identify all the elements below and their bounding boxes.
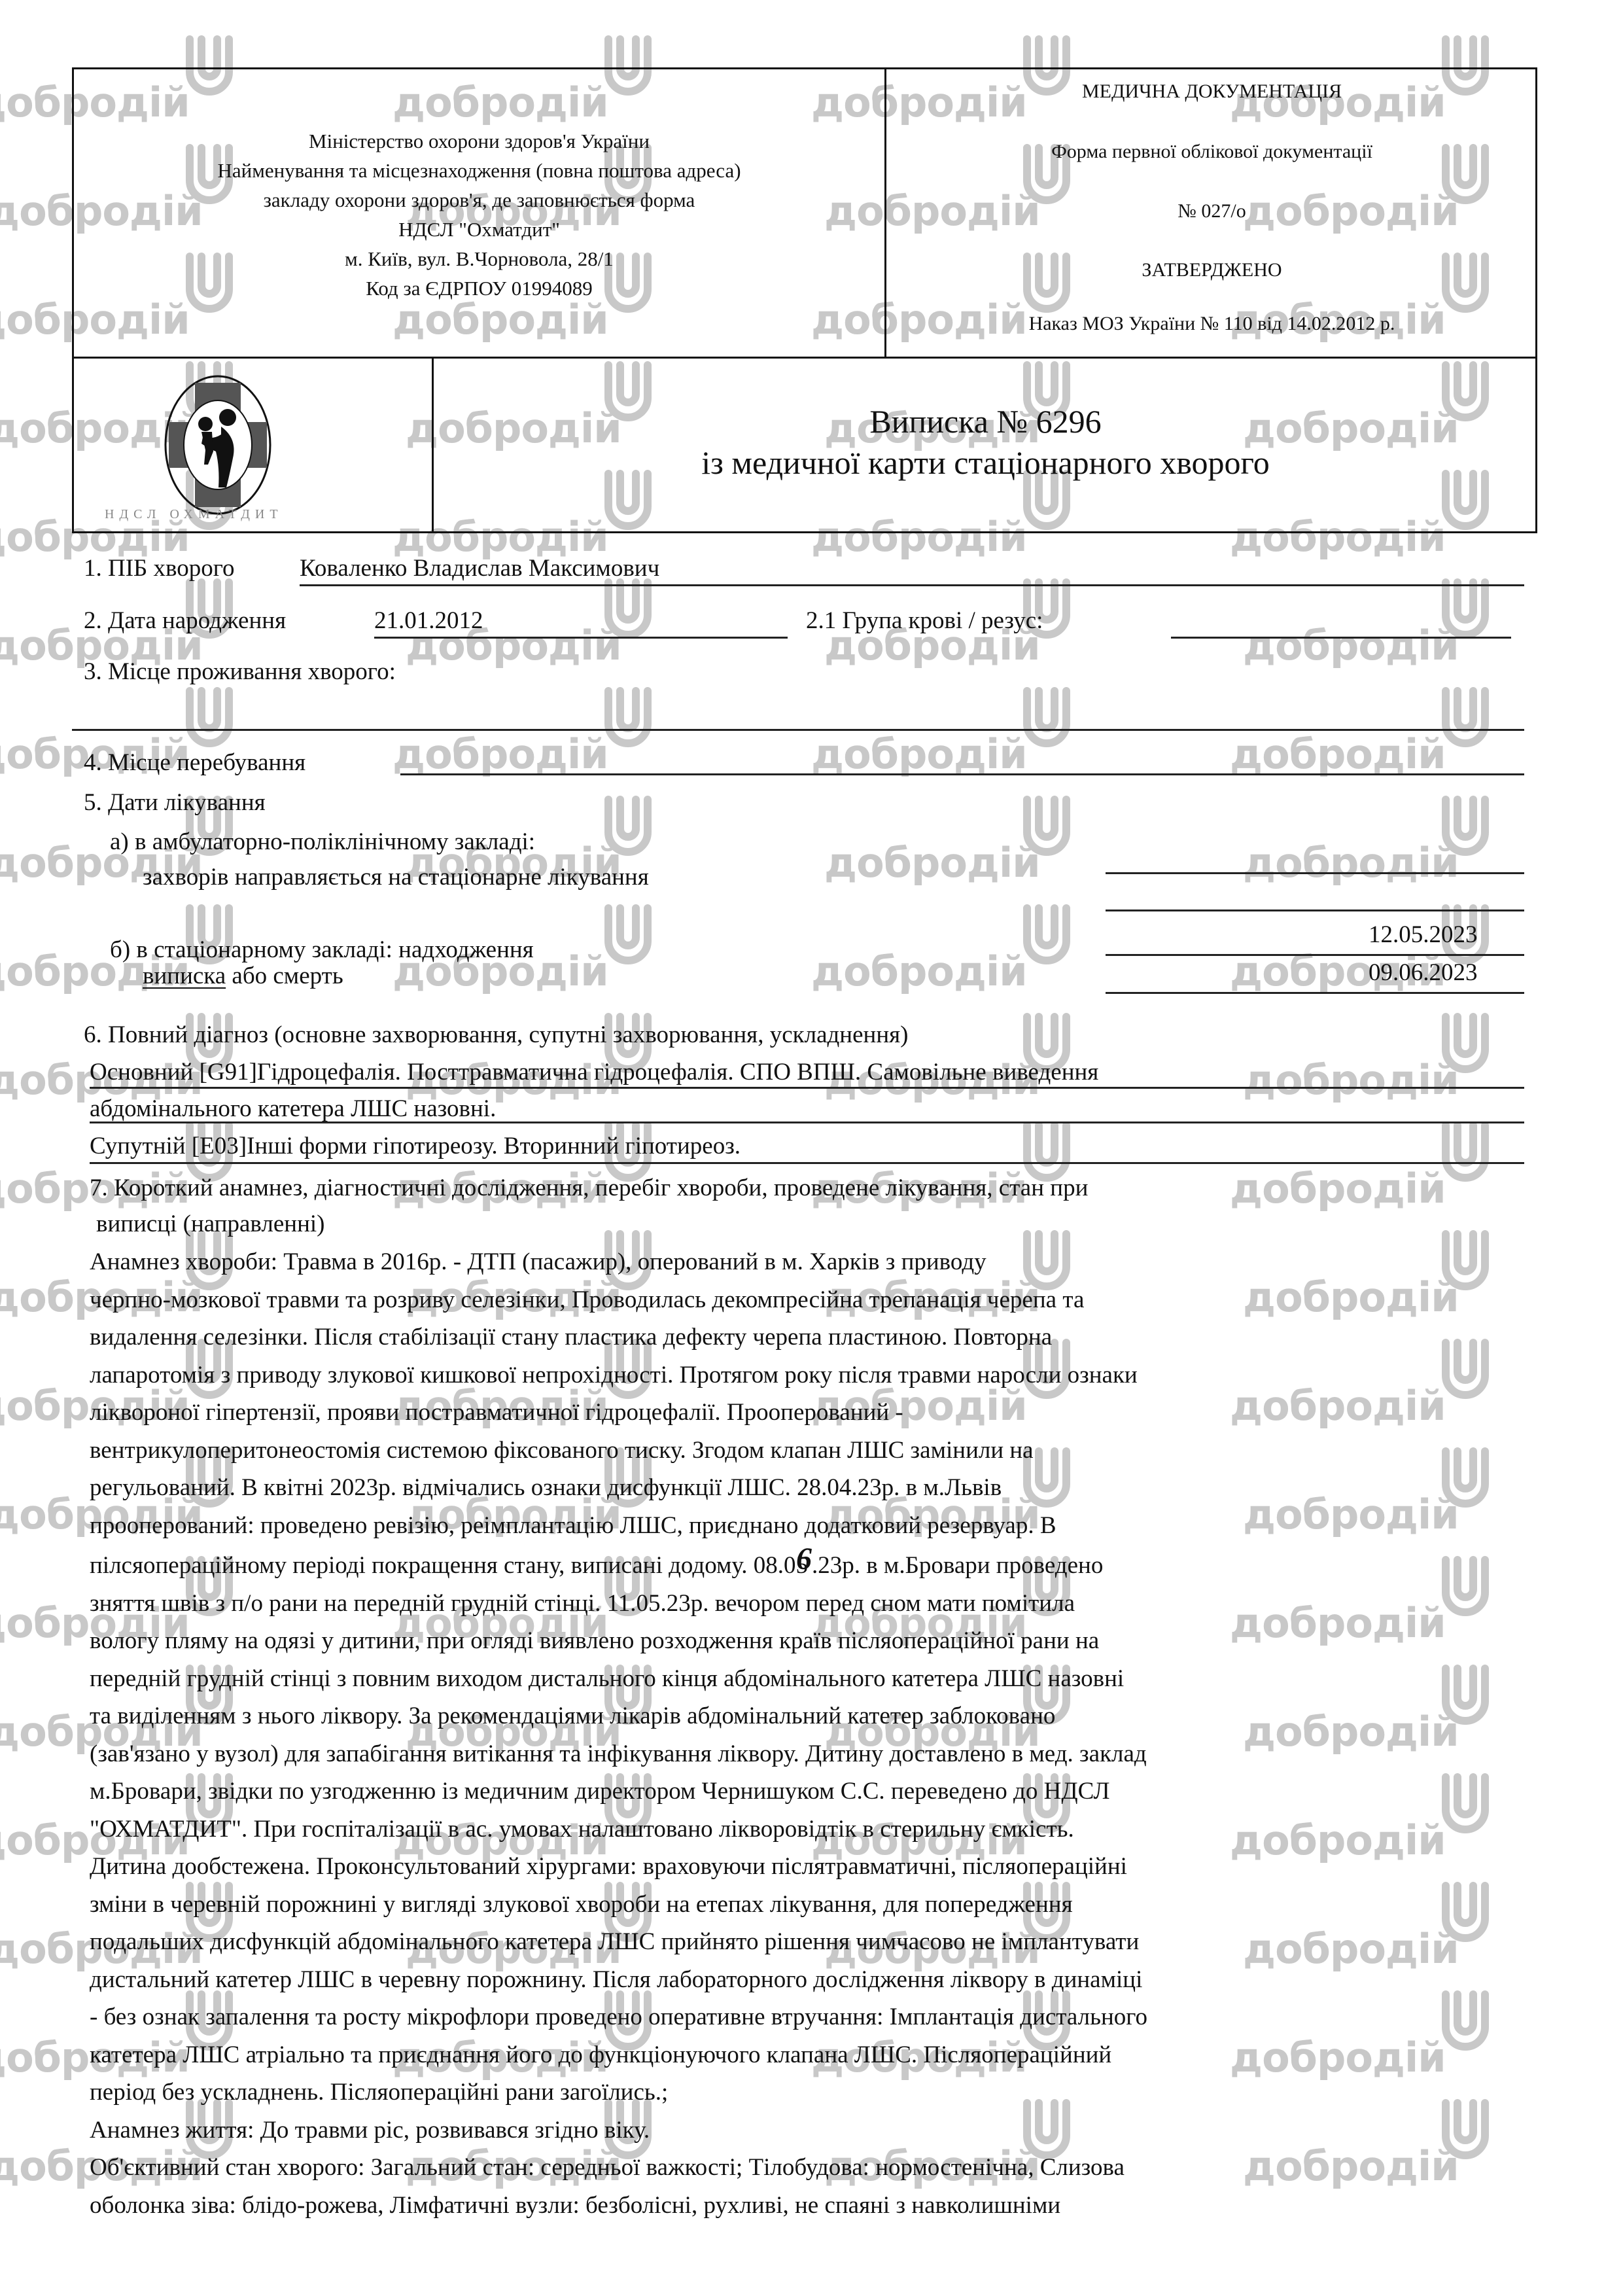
- stay-place-field: [400, 773, 1524, 775]
- anamnesis-line: "ОХМАТДИТ". При госпіталізації в ас. умо…: [90, 1810, 1542, 1848]
- approved-label: ЗАТВЕРДЖЕНО: [886, 259, 1537, 281]
- institution-label-2: закладу охорони здоров'я, де заповнюєтьс…: [264, 185, 695, 215]
- anamnesis-line: ліквороної гіпертензії, прояви постравма…: [90, 1394, 1542, 1432]
- anamnesis-line: регульований. В квітні 2023р. відмічалис…: [90, 1469, 1542, 1507]
- diagnosis-label: 6. Повний діагноз (основне захворювання,…: [84, 1023, 908, 1047]
- diagnosis-comorbid: Супутній [E03]Інші форми гіпотиреозу. Вт…: [90, 1134, 741, 1158]
- anamnesis-text: Анамнез хвороби: Травма в 2016р. - ДТП (…: [90, 1243, 1542, 2224]
- diagnosis-main-line-1: Основний [G91]Гідроцефалія. Посттравмати…: [90, 1060, 1098, 1084]
- form-type: Форма первної облікової документації: [886, 141, 1537, 163]
- anamnesis-line: - без ознак запалення та росту мікрофлор…: [90, 1998, 1542, 2036]
- anamnesis-line: передній грудній стінці з повним виходом…: [90, 1660, 1542, 1698]
- anamnesis-line: Об'єктивний стан хворого: Загальний стан…: [90, 2149, 1542, 2187]
- diagnosis-main-line-2: абдомінального катетера ЛШС назовні.: [90, 1097, 496, 1121]
- ministry-name: Міністерство охорони здоров'я України: [309, 126, 650, 156]
- patient-name-value: Коваленко Владислав Максимович: [300, 556, 659, 580]
- residence-label: 3. Місце проживання хворого:: [84, 660, 396, 684]
- anamnesis-line: період без ускладнень. Післяопераційні р…: [90, 2074, 1542, 2111]
- discharge-document: Міністерство охорони здоров'я України На…: [0, 0, 1623, 2296]
- diagnosis-underline-3: [90, 1162, 1524, 1164]
- blood-group-label: 2.1 Група крові / резус:: [806, 609, 1043, 633]
- anamnesis-line: катетера ЛШС атріально та приєднання йог…: [90, 2036, 1542, 2074]
- birth-date-value: 21.01.2012: [374, 609, 483, 633]
- diagnosis-underline-1: [90, 1087, 1524, 1089]
- anamnesis-line: м.Бровари, звідки по узгодженню із медич…: [90, 1773, 1542, 1810]
- approval-order: Наказ МОЗ України № 110 від 14.02.2012 р…: [886, 313, 1537, 335]
- hospital-name: НДСЛ "Охматдит": [398, 215, 560, 244]
- anamnesis-line: дистальний катетер ЛШС в черевну порожни…: [90, 1961, 1542, 1999]
- admission-date-underline: [1106, 954, 1524, 956]
- residence-field: [72, 729, 1524, 731]
- anamnesis-line: подальших дисфункцій абдомінального кате…: [90, 1923, 1542, 1961]
- document-subtitle: із медичної карти стаціонарного хворого: [434, 444, 1537, 482]
- diagnosis-underline-2: [90, 1122, 1524, 1123]
- institution-label-1: Найменування та місцезнаходження (повна …: [217, 156, 741, 185]
- anamnesis-line: вентрикулоперитонеостомія системою фіксо…: [90, 1432, 1542, 1470]
- form-info-block: МЕДИЧНА ДОКУМЕНТАЦІЯ Форма первної облік…: [886, 67, 1537, 359]
- referral-date-field-2: [1106, 910, 1524, 911]
- handwritten-correction: 6: [796, 1542, 812, 1576]
- anamnesis-label-2: виписці (направленні): [96, 1212, 324, 1236]
- treatment-dates-label: 5. Дати лікування: [84, 790, 266, 815]
- discharge-date-underline: [1106, 992, 1524, 994]
- anamnesis-line: оболонка зіва: блідо-рожева, Лімфатичні …: [90, 2187, 1542, 2225]
- anamnesis-line: черпно-мозкової травми та розриву селезі…: [90, 1281, 1542, 1319]
- referral-label: захворів направляється на стаціонарне лі…: [143, 865, 649, 889]
- anamnesis-line: (зав'язано у вузол) для запабігання виті…: [90, 1735, 1542, 1773]
- discharge-label: виписка або смерть: [143, 964, 343, 988]
- form-number: № 027/о: [886, 200, 1537, 222]
- anamnesis-line: прооперований: проведено ревізію, реімпл…: [90, 1507, 1542, 1545]
- document-title: Виписка № 6296: [434, 402, 1537, 440]
- anamnesis-line: та виділенням з нього ліквору. За рекоме…: [90, 1697, 1542, 1735]
- ohmatdyt-logo-icon: [156, 366, 280, 530]
- logo-caption: НДСЛ ОХМАТДИТ: [105, 507, 283, 522]
- anamnesis-line: Анамнез хвороби: Травма в 2016р. - ДТП (…: [90, 1243, 1542, 1281]
- inpatient-label: б) в стаціонарному закладі: надходження: [110, 938, 534, 962]
- hospital-address: м. Київ, вул. В.Чорновола, 28/1: [345, 244, 614, 274]
- patient-name-label: 1. ПІБ хворого: [84, 556, 235, 580]
- doc-category: МЕДИЧНА ДОКУМЕНТАЦІЯ: [886, 80, 1537, 103]
- anamnesis-line: видалення селезінки. Після стабілізації …: [90, 1318, 1542, 1356]
- outpatient-label: а) в амбулаторно-поліклінічному закладі:: [110, 830, 535, 854]
- birth-date-underline: [374, 637, 788, 639]
- anamnesis-line: Анамнез життя: До травми ріс, розвивався…: [90, 2111, 1542, 2149]
- title-block: Виписка № 6296 із медичної карти стаціон…: [434, 357, 1537, 533]
- discharge-label-rest: або смерть: [226, 963, 343, 989]
- stay-place-label: 4. Місце перебування: [84, 751, 305, 775]
- anamnesis-line: Дитина дообстежена. Проконсультований хі…: [90, 1848, 1542, 1886]
- discharge-label-underlined: виписка: [143, 963, 226, 989]
- discharge-date: 09.06.2023: [1369, 961, 1478, 985]
- birth-date-label: 2. Дата народження: [84, 609, 286, 633]
- anamnesis-label-1: 7. Короткий анамнез, діагностичні дослід…: [90, 1176, 1088, 1200]
- institution-block: Міністерство охорони здоров'я України На…: [72, 67, 886, 359]
- edrpou-code: Код за ЄДРПОУ 01994089: [366, 274, 593, 303]
- anamnesis-line: вологу пляму на одязі у дитини, при огля…: [90, 1622, 1542, 1660]
- patient-name-underline: [300, 584, 1524, 586]
- admission-date: 12.05.2023: [1369, 923, 1478, 947]
- anamnesis-line: пілсяопераційному періоді покращення ста…: [90, 1544, 1542, 1585]
- blood-group-field: [1171, 637, 1511, 639]
- anamnesis-line: зняття швів з п/о рани на передній грудн…: [90, 1585, 1542, 1623]
- anamnesis-line: лапаротомія з приводу злукової кишкової …: [90, 1356, 1542, 1394]
- anamnesis-line: зміни в черевній порожнині у вигляді злу…: [90, 1886, 1542, 1924]
- referral-date-field-1: [1106, 872, 1524, 874]
